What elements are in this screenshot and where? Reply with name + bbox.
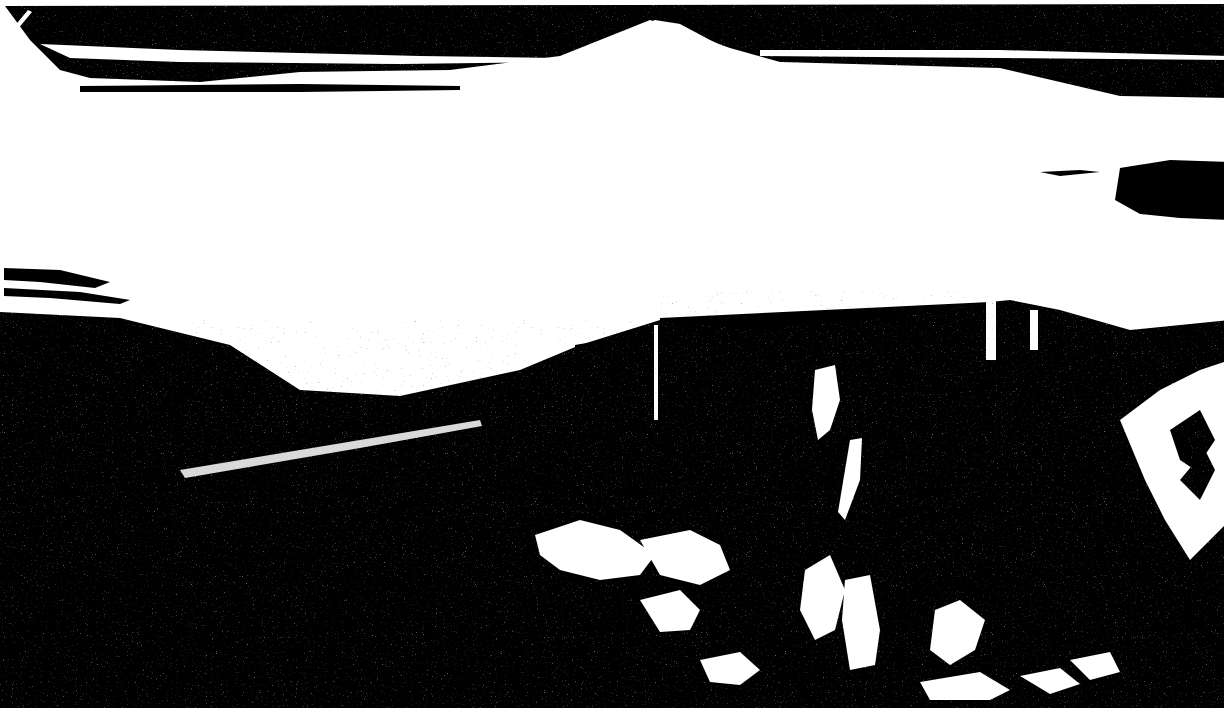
mist-edge-grain <box>180 320 700 410</box>
mist-edge-grain <box>660 290 1000 340</box>
bottom-border <box>0 708 1230 714</box>
right-border <box>1224 0 1230 714</box>
photograph <box>0 0 1230 714</box>
